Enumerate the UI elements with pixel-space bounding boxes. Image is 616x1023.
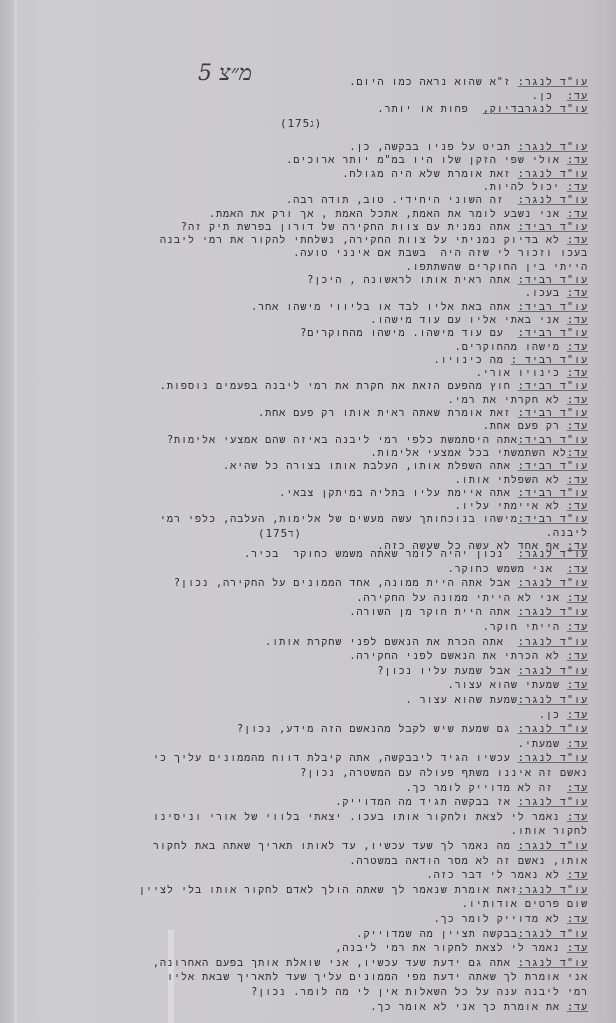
transcript-line: עד: אני נשבע לומר את האמת, אתכל האמת , א… — [209, 208, 588, 221]
speaker-label: עו"ד רביד: — [518, 328, 588, 339]
transcript-line: עו"ד לנגר: נכון יהיה לומר שאתה משמש כחוק… — [244, 548, 588, 561]
utterance-text: אתה באת אליו לבד או בליווי מישהו אחר. — [251, 302, 518, 313]
utterance-text: שמעתי שהוא עצור. — [448, 680, 567, 691]
utterance-text: לא בדיוק נמניתי על צוות החקירה, נשלחתי ל… — [160, 235, 567, 246]
utterance-text: שום פרטים אודותיו. — [462, 899, 588, 910]
speaker-label: עו"ד רביד: — [518, 488, 588, 499]
utterance-text: כן. — [539, 710, 567, 721]
utterance-text: אני לא הייתי ממונה על החקירה. — [356, 593, 567, 604]
utterance-text: אני אומרת לך שאתה ידעת מפי הממונים עליך … — [167, 972, 588, 983]
speaker-label: עו"ד רביד: — [518, 222, 588, 233]
transcript-line: אותו, נאשם זה לא מסר הודאה במשטרה. — [349, 855, 588, 868]
utterance-text: נאמר לי לצאת ולחקור אותו בעכו. יצאתי בלו… — [153, 812, 567, 823]
page-reference: (ד175) — [258, 527, 302, 540]
transcript-line: עד: לא נאמר לי דבר כזה. — [427, 869, 588, 882]
transcript-line: עו"ד לנגר: עכשיו הגיד ליבבקשה, אתה קיבלת… — [153, 752, 588, 765]
utterance-text: מה נאמר לך שעד עכשיו, עד לאותו תאריך שאת… — [153, 841, 518, 852]
utterance-text: רמי ליבנה ענה על כל השאלות אין לי מה לומ… — [251, 987, 588, 998]
transcript-line: עד: הייתי חוקר. — [483, 621, 588, 634]
speaker-label: עד: — [567, 209, 588, 220]
speaker-label: עד: — [567, 943, 588, 954]
utterance-text: שמעת שהוא עצור . — [406, 695, 518, 706]
speaker-label: עו"ד לנגר: — [518, 666, 588, 677]
transcript-line: אני אומרת לך שאתה ידעת מפי הממונים עליך … — [167, 971, 588, 984]
transcript-line: עד: זה לא מדוייק לומר כך. — [405, 782, 588, 795]
utterance-text: אתה איימת עליו בתליה במיתקן צבאי. — [279, 488, 518, 499]
transcript-line: עו"ד לנגר: אתה הכרת את הנאשם לפני שחקרת … — [265, 636, 588, 649]
speaker-label: עו"ד לנגר: — [518, 724, 588, 735]
transcript-line: עד: לא מדוייק לומר כך. — [434, 913, 588, 926]
transcript-line: עו"ד רביד:אתה היסתמשת כלפי רמי ליבנה באי… — [167, 434, 588, 447]
speaker-label: עו"ד לנגר: — [518, 549, 588, 560]
utterance-text: אתה היסתמשת כלפי רמי ליבנה באיזה שהם אמצ… — [167, 435, 518, 446]
transcript-line: בעכו וזכור לי שזה היה בשבת אם אינני טועה… — [293, 247, 588, 260]
utterance-text: לא חקרתי את רמי. — [448, 395, 567, 406]
speaker-label: עו"ד לנגר: — [518, 169, 588, 180]
utterance-text: רק פעם אחת. — [483, 421, 567, 432]
utterance-text: עכשיו הגיד ליבבקשה, אתה קיבלת דווח מהממו… — [153, 753, 518, 764]
transcript-line: עו"ד רביד: זאת אומרת שאתה ראית אותו רק פ… — [258, 407, 588, 420]
utterance-text: לא השפלתי אותו. — [455, 475, 567, 486]
utterance-text: ליבנה. — [546, 528, 588, 539]
transcript-line: הייתי בין החוקרים שהשתתפו. — [406, 261, 588, 274]
utterance-text: לא איימתי עליו. — [455, 501, 567, 512]
utterance-text: בבקשה תציין מה שמדוייק. — [356, 929, 517, 940]
transcript-line: ליבנה. — [546, 527, 588, 540]
utterance-text: את אומרת כך אני לא אומר כך. — [370, 1002, 567, 1013]
utterance-text: הייתי חוקר. — [483, 622, 567, 633]
speaker-label: עד: — [567, 812, 588, 823]
utterance-text: מה כינויו. — [434, 355, 511, 366]
speaker-label: עד: — [567, 593, 588, 604]
utterance-text: כינויו אורי. — [476, 368, 567, 379]
speaker-label: עו"ד לנגר: — [518, 885, 588, 896]
utterance-text: לא הכרתי את הנאשם לפני החקירה. — [349, 651, 567, 662]
transcript-line: עד: אולי שפי הזקן שלו היו במ"מ יותר ארוכ… — [286, 154, 588, 167]
utterance-text: זה השוני היחידי. טוב, תודה רבה. — [286, 195, 518, 206]
speaker-label: עו"ד לנגר: — [518, 695, 588, 706]
speaker-label: עו"ד רביד: — [518, 381, 588, 392]
speaker-label: עד: — [567, 395, 588, 406]
transcript-line: עד: לא הכרתי את הנאשם לפני החקירה. — [349, 650, 588, 663]
transcript-line: עד: כן. — [532, 90, 588, 103]
transcript-line: עו"ד לנגר:בבקשה תציין מה שמדוייק. — [356, 928, 588, 941]
transcript-line: עו"ד לנגר:שמעת שהוא עצור . — [406, 694, 589, 707]
speaker-label: עד: — [567, 651, 588, 662]
speaker-label: עד: — [567, 182, 588, 193]
utterance-text: אבל אתה היית ממונה, אחד הממונים על החקיר… — [174, 578, 518, 589]
utterance-text: לא נאמר לי דבר כזה. — [427, 870, 567, 881]
speaker-label: עד: — [567, 710, 588, 721]
utterance-text: מישהו בנוכחותך עשה מעשים של אלימות, העלב… — [160, 514, 518, 525]
transcript-line: עד: יכול להיות. — [483, 181, 588, 194]
transcript-line: עד: אני לא הייתי ממונה על החקירה. — [356, 592, 588, 605]
utterance-text: כן. — [532, 91, 567, 102]
speaker-label: עד: — [567, 91, 588, 102]
speaker-label: עד: — [567, 342, 588, 353]
transcript-line: עו"ד לנגר:זאת אומרת שנאמר לך שאתה הולך ל… — [139, 884, 588, 897]
utterance-text: אז בבקשה תגיד מה המדוייק. — [335, 797, 517, 808]
utterance-text: אתה היית חוקר מן השורה. — [349, 607, 517, 618]
transcript-line: נאשם זה איננו משתף פעולה עם המשטרה, נכון… — [300, 767, 588, 780]
speaker-label: עד: — [567, 288, 588, 299]
speaker-label: עד: — [567, 315, 588, 326]
utterance-text: ז"א שהוא נראה כמו היום. — [349, 77, 517, 88]
utterance-text: זאת אומרת שלא היה מגולח. — [342, 169, 517, 180]
transcript-line: עו"ד לנגר: גם שמעת שיש לקבל מהנאשם הזה מ… — [237, 723, 588, 736]
speaker-label: עו"ד רביד: — [518, 514, 588, 525]
transcript-line: עו"ד לנגר: זאת אומרת שלא היה מגולח. — [342, 168, 588, 181]
speaker-label: עד: — [567, 680, 588, 691]
transcript-line: עו"ד לנגר: מה נאמר לך שעד עכשיו, עד לאות… — [153, 840, 588, 853]
speaker-label: עד: — [567, 448, 588, 459]
utterance-text: זאת אומרת שאתה ראית אותו רק פעם אחת. — [258, 408, 518, 419]
speaker-label: עו"ד לנגר: — [518, 958, 588, 969]
speaker-label: עד: — [567, 783, 588, 794]
transcript-line: עו"ד רביד: אתה נמנית עם צוות החקירה של ד… — [181, 221, 588, 234]
speaker-label: עו"ד לנגר: — [518, 753, 588, 764]
speaker-label: עד: — [567, 1002, 588, 1013]
speaker-label: עד: — [567, 475, 588, 486]
utterance-text: פחות או יותר. — [377, 104, 482, 115]
utterance-text: נאשם זה איננו משתף פעולה עם המשטרה, נכון… — [300, 768, 588, 779]
speaker-label: עד: — [567, 155, 588, 166]
utterance-text: הייתי בין החוקרים שהשתתפו. — [406, 262, 588, 273]
transcript-line: עו"ד לנגר: אז בבקשה תגיד מה המדוייק. — [335, 796, 588, 809]
transcript-line: עו"ד לנגר: אתה היית חוקר מן השורה. — [349, 606, 588, 619]
speaker-label: עו"ד לנגר: — [518, 195, 588, 206]
speaker-label: עו"ד רביד: — [518, 302, 588, 313]
speaker-label: עד: — [567, 622, 588, 633]
utterance-text: מישהו מהחוקרים. — [455, 342, 567, 353]
page-reference: (ג175) — [280, 117, 322, 130]
utterance-text: אולי שפי הזקן שלו היו במ"מ יותר ארוכים. — [286, 155, 567, 166]
speaker-label: עו"ד רביד: — [518, 275, 588, 286]
speaker-label: עד: — [567, 870, 588, 881]
speaker-label: עו"ד לנגר: — [518, 841, 588, 852]
transcript-line: עד: נאמר לי לצאת לחקור את רמי ליבנה, — [335, 942, 588, 955]
utterance-text: חוץ מהפעם הזאת את חקרת את רמי ליבנה בפעמ… — [160, 381, 518, 392]
transcript-line: עו"ד רביד: חוץ מהפעם הזאת את חקרת את רמי… — [160, 380, 588, 393]
transcript-line: עד: רק פעם אחת. — [483, 420, 588, 433]
transcript-line: עו"ד לנגר: אתה גם ידעת שעד עכשיו, אני שו… — [153, 957, 588, 970]
transcript-body: עו"ד לנגר: ז"א שהוא נראה כמו היום.עד: כן… — [40, 0, 588, 1023]
transcript-line: עד: אני באתי אליו עם עוד מישהו. — [370, 314, 588, 327]
speaker-label: עד: — [567, 501, 588, 512]
speaker-label: עד: — [567, 739, 588, 750]
transcript-line: שום פרטים אודותיו. — [462, 898, 588, 911]
utterance-text: בעכו. — [525, 288, 567, 299]
utterance-text: אתה הכרת את הנאשם לפני שחקרת אותו. — [265, 637, 518, 648]
transcript-line: עד: שמעתי שהוא עצור. — [448, 679, 588, 692]
utterance-text: אבל שמעת עליו נכון? — [377, 666, 517, 677]
transcript-line: עו"ד לנגר: זה השוני היחידי. טוב, תודה רב… — [286, 194, 588, 207]
utterance-text: אתה גם ידעת שעד עכשיו, אני שואלת אותך בפ… — [153, 958, 518, 969]
transcript-line: עד: מישהו מהחוקרים. — [455, 341, 588, 354]
speaker-label: עד: — [567, 914, 588, 925]
speaker-label: עו"ד רביד : — [511, 355, 588, 366]
utterance-text: אתה נמנית עם צוות החקירה של דורון בפרשת … — [181, 222, 518, 233]
transcript-line: עו"ד לנגרבדיוק, פחות או יותר. — [377, 103, 588, 116]
transcript-line: עו"ד לנגר: תביט על פניו בבקשה, כן. — [349, 141, 588, 154]
utterance-text: יכול להיות. — [483, 182, 567, 193]
speaker-label: עו"ד לנגר: — [518, 578, 588, 589]
utterance-text: אני נשבע לומר את האמת, אתכל האמת , אך ור… — [209, 209, 567, 220]
utterance-text: נאמר לי לצאת לחקור את רמי ליבנה, — [335, 943, 567, 954]
transcript-line: עו"ד רביד: אתה השפלת אותו, העלבת אותו בצ… — [223, 460, 588, 473]
transcript-line: עו"ד לנגר: אבל שמעת עליו נכון? — [377, 665, 588, 678]
transcript-line: עד: כן. — [539, 709, 588, 722]
transcript-line: עד: לא השפלתי אותו. — [455, 474, 588, 487]
utterance-text: אתה ראית אותו לראשונה , היכן? — [307, 275, 518, 286]
transcript-line: עד: נאמר לי לצאת ולחקור אותו בעכו. יצאתי… — [153, 811, 588, 824]
utterance-text: לחקור אותו. — [511, 826, 588, 837]
speaker-label: עו"ד רביד: — [518, 435, 588, 446]
transcript-line: עו"ד רביד:מישהו בנוכחותך עשה מעשים של אל… — [160, 513, 588, 526]
transcript-line: עו"ד רביד: עם עוד מישהו. מישהו מהחוקרים? — [300, 327, 588, 340]
utterance-text: אותו, נאשם זה לא מסר הודאה במשטרה. — [349, 856, 588, 867]
transcript-line: עד: את אומרת כך אני לא אומר כך. — [370, 1001, 588, 1014]
transcript-line: עד: לא איימתי עליו. — [455, 500, 588, 513]
utterance-text: זה לא מדוייק לומר כך. — [405, 783, 566, 794]
speaker-label: עו"ד לנגר: — [518, 637, 588, 648]
transcript-line: עד: לא חקרתי את רמי. — [448, 394, 588, 407]
utterance-text: אני באתי אליו עם עוד מישהו. — [370, 315, 567, 326]
utterance-text: בעכו וזכור לי שזה היה בשבת אם אינני טועה… — [293, 248, 588, 259]
speaker-label: עו"ד לנגר: — [518, 929, 588, 940]
speaker-label: עו"ד לנגר: — [518, 142, 588, 153]
transcript-line: עד: כינויו אורי. — [476, 367, 588, 380]
utterance-text: לא מדוייק לומר כך. — [434, 914, 567, 925]
transcript-line: עו"ד לנגר: אבל אתה היית ממונה, אחד הממונ… — [174, 577, 588, 590]
utterance-text: גם שמעת שיש לקבל מהנאשם הזה מידע, נכון? — [237, 724, 518, 735]
speaker-label: עד: — [567, 421, 588, 432]
transcript-line: עו"ד רביד: אתה ראית אותו לראשונה , היכן? — [307, 274, 588, 287]
transcript-line: עו"ד רביד : מה כינויו. — [434, 354, 588, 367]
speaker-label: עו"ד לנגר: — [518, 797, 588, 808]
speaker-label: עד: — [567, 235, 588, 246]
speaker-label: עד: — [567, 564, 588, 575]
transcript-line: רמי ליבנה ענה על כל השאלות אין לי מה לומ… — [251, 986, 588, 999]
utterance-text: זאת אומרת שנאמר לך שאתה הולך לאדם לחקור … — [139, 885, 518, 896]
utterance-text: נכון יהיה לומר שאתה משמש כחוקר בכיר. — [244, 549, 518, 560]
utterance-text: תביט על פניו בבקשה, כן. — [349, 142, 517, 153]
transcript-line: עד: לא בדיוק נמניתי על צוות החקירה, נשלח… — [160, 234, 588, 247]
speaker-label: עו"ד רביד: — [518, 408, 588, 419]
speaker-label: עו"ד רביד: — [518, 461, 588, 472]
transcript-line: עד: שמעתי. — [518, 738, 588, 751]
transcript-line: לחקור אותו. — [511, 825, 588, 838]
speaker-label: עו"ד לנגר: — [518, 607, 588, 618]
transcript-line: עו"ד רביד: אתה איימת עליו בתליה במיתקן צ… — [279, 487, 588, 500]
speaker-label: עד: — [567, 368, 588, 379]
utterance-text: שמעתי. — [518, 739, 567, 750]
transcript-line: עו"ד רביד: אתה באת אליו לבד או בליווי מי… — [251, 301, 588, 314]
utterance-text: עם עוד מישהו. מישהו מהחוקרים? — [300, 328, 518, 339]
speaker-label: עו"ד לנגר: — [518, 77, 588, 88]
page-edge — [14, 0, 17, 1023]
utterance-text: אני משמש כחוקר. — [448, 564, 567, 575]
transcript-line: עו"ד לנגר: ז"א שהוא נראה כמו היום. — [349, 76, 588, 89]
transcript-line: עד:לא השתמשתי בכל אמצעי אלימות. — [370, 447, 588, 460]
transcript-line: עד: בעכו. — [525, 287, 588, 300]
transcript-line: עד: אני משמש כחוקר. — [448, 563, 588, 576]
utterance-text: אתה השפלת אותו, העלבת אותו בצורה כל שהיא… — [223, 461, 518, 472]
speaker-label: עו"ד לנגרבדיוק, — [483, 104, 588, 115]
utterance-text: לא השתמשתי בכל אמצעי אלימות. — [370, 448, 566, 459]
